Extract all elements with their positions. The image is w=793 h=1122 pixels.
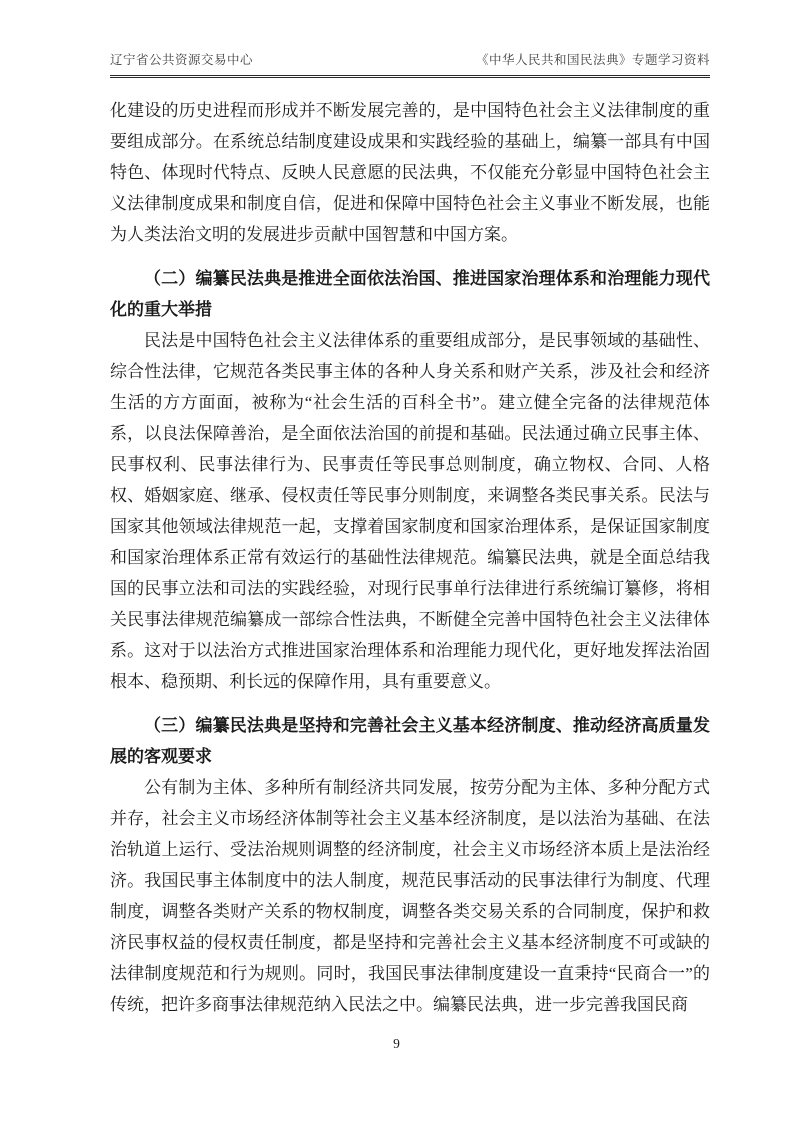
page-footer: 9 [0,1036,793,1052]
section-heading-2: （二）编纂民法典是推进全面依法治国、推进国家治理体系和治理能力现代化的重大举措 [110,263,710,325]
page-number: 9 [393,1036,400,1051]
paragraph-section-2: 民法是中国特色社会主义法律体系的重要组成部分，是民事领域的基础性、综合性法律，它… [110,325,710,697]
document-page: 辽宁省公共资源交易中心 《中华人民共和国民法典》专题学习资料 化建设的历史进程而… [0,0,793,1122]
section-heading-3: （三）编纂民法典是坚持和完善社会主义基本经济制度、推动经济高质量发展的客观要求 [110,710,710,772]
paragraph-section-3: 公有制为主体、多种所有制经济共同发展，按劳分配为主体、多种分配方式并存，社会主义… [110,772,710,1020]
header-right-title: 《中华人民共和国民法典》专题学习资料 [476,50,710,68]
paragraph-continuation: 化建设的历史进程而形成并不断发展完善的，是中国特色社会主义法律制度的重要组成部分… [110,95,710,250]
document-body: 化建设的历史进程而形成并不断发展完善的，是中国特色社会主义法律制度的重要组成部分… [110,95,710,1020]
header-left-title: 辽宁省公共资源交易中心 [110,50,253,68]
page-header: 辽宁省公共资源交易中心 《中华人民共和国民法典》专题学习资料 [110,50,710,78]
